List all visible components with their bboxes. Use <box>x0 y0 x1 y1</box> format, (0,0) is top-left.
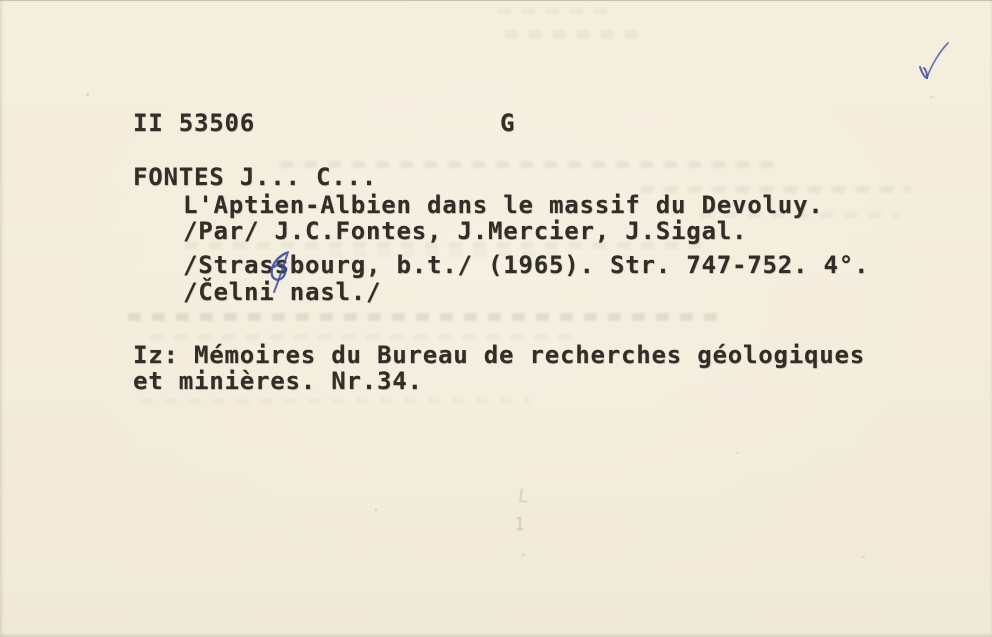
handwritten-checkmark-icon <box>912 40 956 92</box>
paper-speck <box>736 452 738 454</box>
section-letter: G <box>500 110 515 136</box>
author-heading: FONTES J... C... <box>133 164 377 190</box>
ghost-glyph: L <box>517 485 531 507</box>
imprint-suffix: bourg, b.t./ (1965). Str. 747-752. 4°. <box>290 251 869 279</box>
paper-speck <box>930 96 933 99</box>
ghost-glyph: 1 <box>514 514 525 535</box>
imprint-prefix: /Stras <box>183 251 275 279</box>
bleedthrough-mark <box>128 313 728 321</box>
bleedthrough-mark <box>505 30 645 39</box>
bleedthrough-mark <box>150 334 580 340</box>
paper-speck <box>86 93 89 96</box>
series-note-line-2: et minières. Nr.34. <box>133 368 423 394</box>
catalog-card: II 53506 G FONTES J... C... L'Aptien-Alb… <box>0 0 992 637</box>
call-number: II 53506 <box>133 110 255 136</box>
series-note-line-1: Iz: Mémoires du Bureau de recherches géo… <box>133 342 865 368</box>
title-line: L'Aptien-Albien dans le massif du Devolu… <box>183 192 823 218</box>
paper-speck <box>375 508 377 511</box>
ghost-glyph: . <box>518 540 529 561</box>
handwritten-overstrike-icon <box>262 250 296 298</box>
bleedthrough-mark <box>140 398 530 404</box>
authors-statement: /Par/ J.C.Fontes, J.Mercier, J.Sigal. <box>183 218 747 244</box>
bleedthrough-mark <box>498 8 618 14</box>
paper-speck <box>862 556 865 558</box>
